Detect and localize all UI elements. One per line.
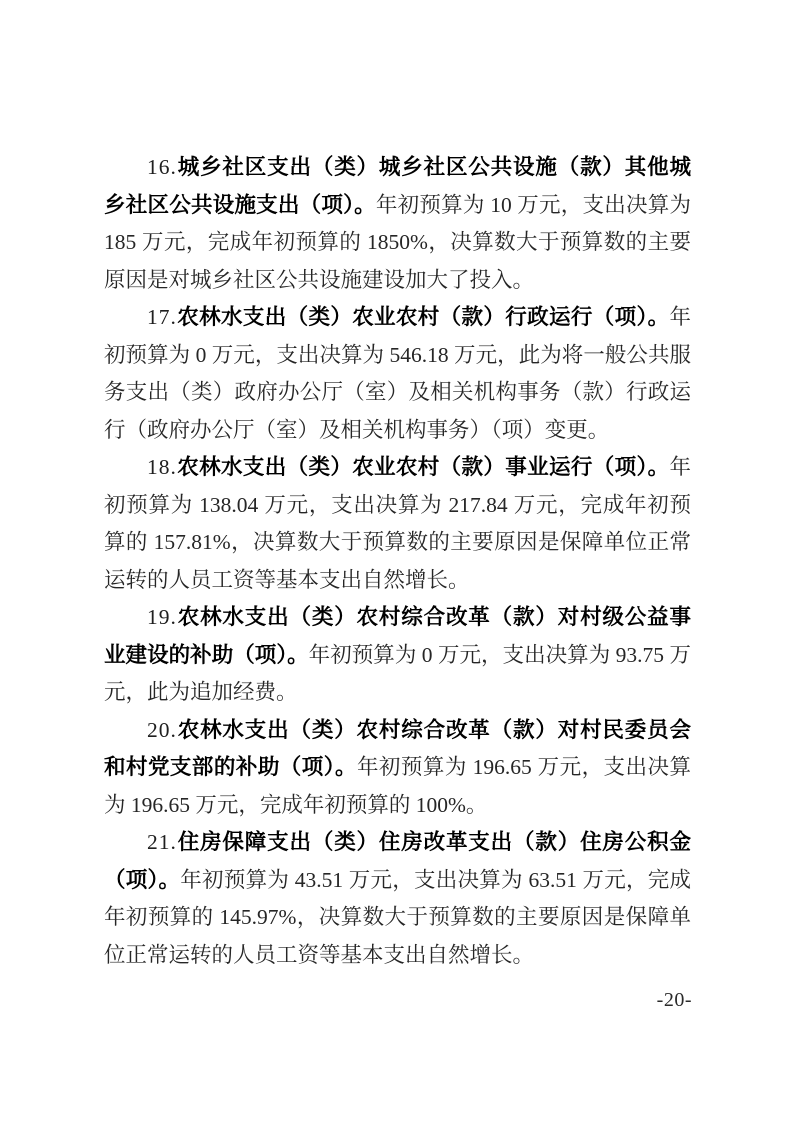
item-number: 20.: [147, 718, 177, 742]
budget-item-paragraph-18: 18.农林水支出（类）农业农村（款）事业运行（项）。年初预算为 138.04 万…: [104, 449, 691, 599]
budget-item-paragraph-19: 19.农林水支出（类）农村综合改革（款）对村级公益事业建设的补助（项）。年初预算…: [104, 599, 691, 712]
item-number: 17.: [147, 305, 177, 329]
budget-item-paragraph-17: 17.农林水支出（类）农业农村（款）行政运行（项）。年初预算为 0 万元，支出决…: [104, 299, 691, 449]
document-body: 16.城乡社区支出（类）城乡社区公共设施（款）其他城乡社区公共设施支出（项）。年…: [104, 149, 691, 974]
item-number: 18.: [147, 455, 177, 479]
document-page: 16.城乡社区支出（类）城乡社区公共设施（款）其他城乡社区公共设施支出（项）。年…: [0, 0, 793, 1122]
item-number: 16.: [147, 155, 177, 179]
item-heading: 农林水支出（类）农业农村（款）事业运行（项）。: [177, 455, 670, 479]
page-number: -20-: [657, 988, 692, 1012]
budget-item-paragraph-21: 21.住房保障支出（类）住房改革支出（款）住房公积金（项）。年初预算为 43.5…: [104, 824, 691, 974]
budget-item-paragraph-16: 16.城乡社区支出（类）城乡社区公共设施（款）其他城乡社区公共设施支出（项）。年…: [104, 149, 691, 299]
budget-item-paragraph-20: 20.农林水支出（类）农村综合改革（款）对村民委员会和村党支部的补助（项）。年初…: [104, 712, 691, 825]
item-heading: 农林水支出（类）农业农村（款）行政运行（项）。: [177, 305, 670, 329]
item-number: 19.: [147, 605, 177, 629]
item-number: 21.: [147, 830, 177, 854]
item-body: 年初预算为 43.51 万元，支出决算为 63.51 万元，完成年初预算的 14…: [104, 868, 691, 967]
